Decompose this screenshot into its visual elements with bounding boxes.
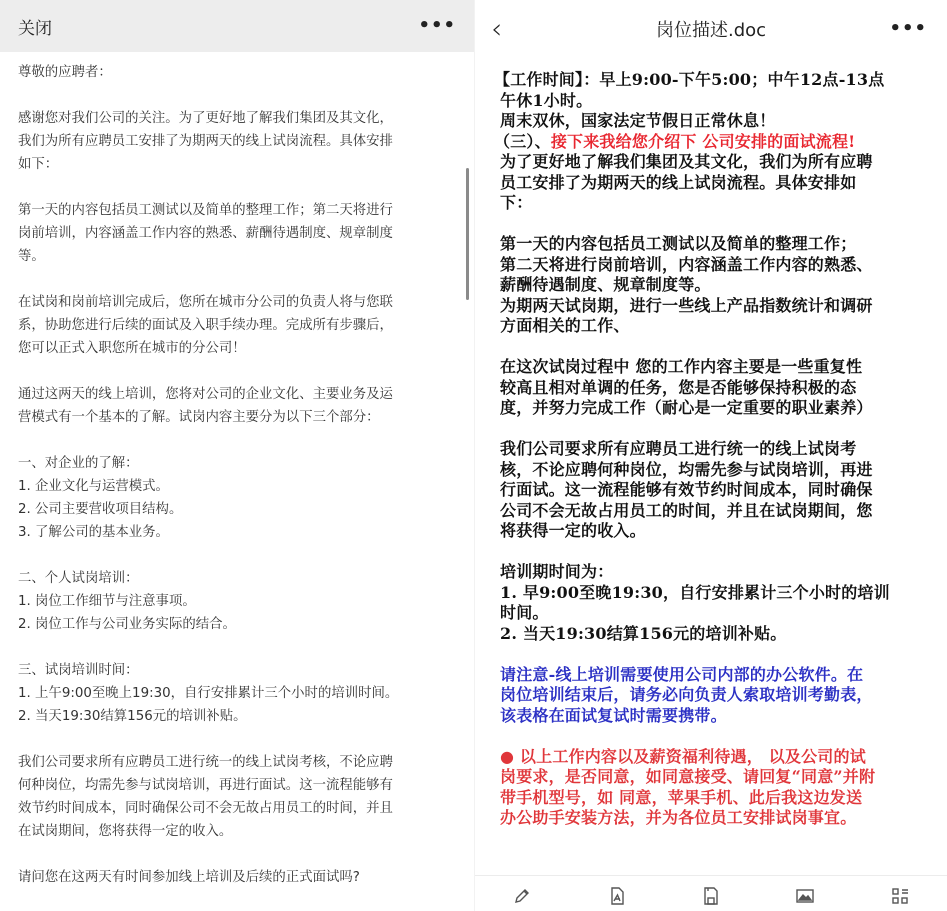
document-viewer-panel: ‹ 岗位描述.doc ••• 【工作时间】：早上9:00-下午5:00；中午12… xyxy=(474,0,947,911)
doc-line: 较高且相对单调的任务，您是否能够保持积极的态 xyxy=(500,378,929,399)
doc-title: 岗位描述.doc xyxy=(475,16,947,42)
more-options-icon[interactable]: ••• xyxy=(418,17,456,35)
doc-line: 我们公司要求所有应聘员工进行统一的线上试岗考 xyxy=(500,439,929,460)
article-line: 3. 了解公司的基本业务。 xyxy=(18,521,452,544)
doc-line: 2. 当天19:30结算156元的培训补贴。 xyxy=(500,624,929,645)
requirement-block: 我们公司要求所有应聘员工进行统一的线上试岗考核，不论应聘何种岗位，均需先参与试岗… xyxy=(500,439,929,542)
doc-line: 薪酬待遇制度、规章制度等。 xyxy=(500,275,929,296)
article-line: 一、对企业的了解： xyxy=(18,452,452,475)
doc-line: 时间。 xyxy=(500,603,929,624)
doc-line: 度，并努力完成工作（耐心是一定重要的职业素养） xyxy=(500,398,929,419)
article-line: 第一天的内容包括员工测试以及简单的整理工作；第二天将进行 xyxy=(18,199,452,222)
article-line: 营模式有一个基本的了解。试岗内容主要分为以下三个部分： xyxy=(18,406,452,429)
work-time-line: 午休1小时。 xyxy=(500,91,929,112)
article-line: 系，协助您进行后续的面试及入职手续办理。完成所有步骤后， xyxy=(18,314,452,337)
article-line: 1. 上午9:00至晚上19:30，自行安排累计三个小时的培训时间。 xyxy=(18,682,452,705)
doc-line: 为了更好地了解我们集团及其文化，我们为所有应聘 xyxy=(500,152,929,173)
doc-line: 为期两天试岗期，进行一些线上产品指数统计和调研 xyxy=(500,296,929,317)
doc-line: 行面试。这一流程能够有效节约时间成本，同时确保 xyxy=(500,480,929,501)
article-line: 请问您在这两天有时间参加线上培训及后续的正式面试吗? xyxy=(18,866,452,889)
article-line: 在试岗和岗前培训完成后，您所在城市分公司的负责人将与您联 xyxy=(18,291,452,314)
doc-line: 岗要求，是否同意，如同意接受、请回复“同意”并附 xyxy=(500,767,929,788)
article-line: 在试岗期间，您将获得一定的收入。 xyxy=(18,820,452,843)
article-line: 通过这两天的线上培训，您将对公司的企业文化、主要业务及运 xyxy=(18,383,452,406)
notice-blue-block: 请注意-线上培训需要使用公司内部的办公软件。在岗位培训结束后，请务必向负责人索取… xyxy=(500,665,929,727)
article-line: 1. 岗位工作细节与注意事项。 xyxy=(18,590,452,613)
export-pdf-icon[interactable] xyxy=(606,886,628,908)
left-article-panel: 关闭 ••• 尊敬的应聘者：感谢您对我们公司的关注。为了更好地了解我们集团及其文… xyxy=(0,0,474,911)
scrollbar[interactable] xyxy=(466,168,469,300)
doc-line: 1. 早9:00至晚19:30，自行安排累计三个小时的培训 xyxy=(500,583,929,604)
back-chevron-icon[interactable]: ‹ xyxy=(491,15,502,43)
article-line: 如下： xyxy=(18,153,452,176)
article-line: 我们为所有应聘员工安排了为期两天的线上试岗流程。具体安排 xyxy=(18,130,452,153)
article-line: 何种岗位，均需先参与试岗培训，再进行面试。这一流程能够有 xyxy=(18,774,452,797)
article-line: 三、试岗培训时间： xyxy=(18,659,452,682)
article-line: 2. 当天19:30结算156元的培训补贴。 xyxy=(18,705,452,728)
article-line: 二、个人试岗培训： xyxy=(18,567,452,590)
article-line: 效节约时间成本，同时确保公司不会无故占用员工的时间，并且 xyxy=(18,797,452,820)
grid-menu-icon[interactable] xyxy=(889,886,911,908)
bottom-toolbar xyxy=(475,875,947,911)
doc-line: 培训期时间为： xyxy=(500,562,929,583)
doc-line: 该表格在面试复试时需要携带。 xyxy=(500,706,929,727)
article-line: 我们公司要求所有应聘员工进行统一的线上试岗考核，不论应聘 xyxy=(18,751,452,774)
doc-line: 将获得一定的收入。 xyxy=(500,521,929,542)
image-icon[interactable] xyxy=(794,886,816,908)
doc-line: ● 以上工作内容以及薪资福利待遇， 以及公司的试 xyxy=(500,747,929,768)
section3-red-text: 接下来我给您介绍下 公司安排的面试流程! xyxy=(551,132,856,151)
doc-line: 办公助手安装方法，并为各位员工安排试岗事宜。 xyxy=(500,808,929,829)
doc-line: 岗位培训结束后，请务必向负责人索取培训考勤表， xyxy=(500,685,929,706)
article-line: 2. 公司主要营收项目结构。 xyxy=(18,498,452,521)
save-floppy-icon[interactable] xyxy=(700,886,722,908)
doc-line: 请注意-线上培训需要使用公司内部的办公软件。在 xyxy=(500,665,929,686)
work-time-line: 【工作时间】：早上9:00-下午5:00；中午12点-13点 xyxy=(494,70,929,91)
doc-line: 公司不会无故占用员工的时间，并且在试岗期间，您 xyxy=(500,501,929,522)
section3-heading: （三）、接下来我给您介绍下 公司安排的面试流程! xyxy=(494,132,929,153)
document-content: 【工作时间】：早上9:00-下午5:00；中午12点-13点 午休1小时。 周末… xyxy=(475,58,947,829)
notice-red-block: ● 以上工作内容以及薪资福利待遇， 以及公司的试岗要求，是否同意，如同意接受、请… xyxy=(500,747,929,829)
weekend-line: 周末双休，国家法定节假日正常休息！ xyxy=(500,111,929,132)
training-block: 培训期时间为：1. 早9:00至晚19:30，自行安排累计三个小时的培训时间。2… xyxy=(500,562,929,644)
edit-pencil-icon[interactable] xyxy=(511,886,533,908)
intro-block: 为了更好地了解我们集团及其文化，我们为所有应聘员工安排了为期两天的线上试岗流程。… xyxy=(500,152,929,214)
days-block: 第一天的内容包括员工测试以及简单的整理工作；第二天将进行岗前培训，内容涵盖工作内… xyxy=(500,234,929,337)
article-body: 尊敬的应聘者：感谢您对我们公司的关注。为了更好地了解我们集团及其文化，我们为所有… xyxy=(0,52,474,889)
article-line: 您可以正式入职您所在城市的分公司！ xyxy=(18,337,452,360)
article-line: 2. 岗位工作与公司业务实际的结合。 xyxy=(18,613,452,636)
doc-header: ‹ 岗位描述.doc ••• xyxy=(475,0,947,58)
article-line: 1. 企业文化与运营模式。 xyxy=(18,475,452,498)
doc-line: 方面相关的工作、 xyxy=(500,316,929,337)
section3-prefix: （三）、 xyxy=(494,132,551,151)
doc-line: 员工安排了为期两天的线上试岗流程。具体安排如 xyxy=(500,173,929,194)
article-line: 尊敬的应聘者： xyxy=(18,61,452,84)
article-line: 等。 xyxy=(18,245,452,268)
left-header: 关闭 ••• xyxy=(0,0,474,52)
more-options-icon[interactable]: ••• xyxy=(889,20,927,38)
doc-line: 在这次试岗过程中 您的工作内容主要是一些重复性 xyxy=(500,357,929,378)
doc-line: 核，不论应聘何种岗位，均需先参与试岗培训，再进 xyxy=(500,460,929,481)
close-button[interactable]: 关闭 xyxy=(18,14,52,39)
doc-line: 带手机型号，如 同意，苹果手机、此后我这边发送 xyxy=(500,788,929,809)
doc-line: 第一天的内容包括员工测试以及简单的整理工作； xyxy=(500,234,929,255)
doc-line: 第二天将进行岗前培训，内容涵盖工作内容的熟悉、 xyxy=(500,255,929,276)
doc-line: 下： xyxy=(500,193,929,214)
process-block: 在这次试岗过程中 您的工作内容主要是一些重复性较高且相对单调的任务，您是否能够保… xyxy=(500,357,929,419)
article-line: 岗前培训，内容涵盖工作内容的熟悉、薪酬待遇制度、规章制度 xyxy=(18,222,452,245)
article-line: 感谢您对我们公司的关注。为了更好地了解我们集团及其文化， xyxy=(18,107,452,130)
